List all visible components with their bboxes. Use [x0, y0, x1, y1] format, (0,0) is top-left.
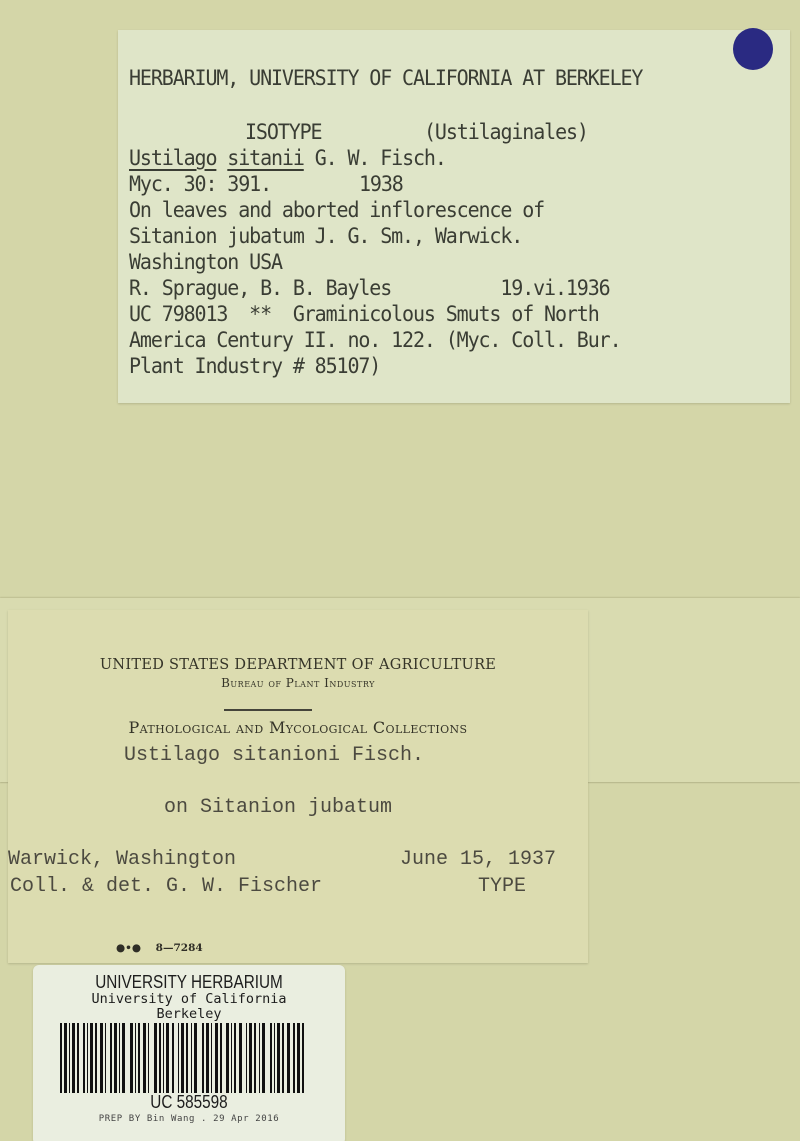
- accession-number: UC 585598: [56, 1092, 321, 1113]
- blue-dot-marker: [733, 28, 773, 70]
- label-line: America Century II. no. 122. (Myc. Coll.…: [129, 328, 620, 353]
- species: sitanii: [227, 146, 303, 171]
- prep-info: PREP BY Bin Wang . 29 Apr 2016: [33, 1114, 345, 1124]
- locality: Warwick, Washington: [8, 848, 236, 871]
- genus: Ustilago: [129, 146, 216, 171]
- label-line: Sitanion jubatum J. G. Sm., Warwick.: [129, 224, 522, 249]
- ucb-herbarium-label: HERBARIUM, UNIVERSITY OF CALIFORNIA AT B…: [118, 30, 790, 403]
- collector: Coll. & det. G. W. Fischer: [10, 875, 322, 898]
- taxon-name: Ustilago sitanii G. W. Fisch.: [129, 146, 446, 171]
- type-mark: TYPE: [478, 875, 526, 898]
- host: on Sitanion jubatum: [164, 796, 392, 819]
- type-status: ISOTYPE: [245, 120, 321, 145]
- barcode-label: UNIVERSITY HERBARIUM University of Calif…: [33, 965, 345, 1141]
- taxon: Ustilago sitanioni Fisch.: [124, 744, 424, 767]
- label-line: UC 798013 ** Graminicolous Smuts of Nort…: [129, 302, 599, 327]
- usda-label: UNITED STATES DEPARTMENT OF AGRICULTURE …: [8, 610, 588, 963]
- city: Berkeley: [33, 1006, 345, 1022]
- print-code: ●•● 8—7284: [116, 942, 203, 954]
- barcode-title: UNIVERSITY HERBARIUM: [56, 972, 321, 993]
- barcode: [60, 1023, 304, 1093]
- label-line: Plant Industry # 85107): [129, 354, 380, 379]
- label-line: On leaves and aborted inflorescence of: [129, 198, 544, 223]
- label-line: Washington USA: [129, 250, 282, 275]
- label-header: HERBARIUM, UNIVERSITY OF CALIFORNIA AT B…: [129, 66, 642, 91]
- institution: University of California: [33, 991, 345, 1007]
- label-line: R. Sprague, B. B. Bayles 19.vi.1936: [129, 276, 610, 301]
- divider: [224, 709, 312, 711]
- citation-year: 1938: [359, 172, 403, 197]
- collections: Pathological and Mycological Collections: [8, 718, 588, 737]
- taxon-order: (Ustilaginales): [424, 120, 588, 145]
- department: UNITED STATES DEPARTMENT OF AGRICULTURE: [8, 657, 588, 673]
- citation: Myc. 30: 391.: [129, 172, 271, 197]
- author: G. W. Fisch.: [315, 146, 446, 171]
- bureau: Bureau of Plant Industry: [8, 676, 588, 690]
- date: June 15, 1937: [400, 848, 556, 871]
